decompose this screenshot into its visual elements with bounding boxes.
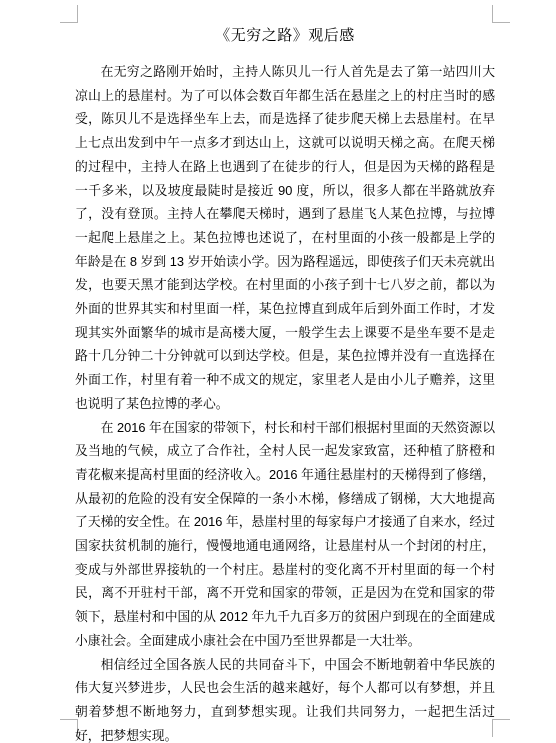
document-content: 《无穷之路》观后感 在无穷之路刚开始时，主持人陈贝儿一行人首先是去了第一站四川大… (75, 24, 495, 743)
document-title: 《无穷之路》观后感 (75, 24, 495, 48)
crop-mark-top-left (60, 5, 78, 23)
paragraph-2: 在 2016 年在国家的带领下，村长和村干部们根据村里面的天然资源以及当地的气候… (75, 416, 495, 653)
document-page: 《无穷之路》观后感 在无穷之路刚开始时，主持人陈贝儿一行人首先是去了第一站四川大… (0, 0, 556, 743)
paragraph-3: 相信经过全国各族人民的共同奋斗下，中国会不断地朝着中华民族的伟大复兴梦进步，人民… (75, 653, 495, 743)
paragraph-1: 在无穷之路刚开始时，主持人陈贝儿一行人首先是去了第一站四川大凉山上的悬崖村。为了… (75, 60, 495, 416)
crop-mark-top-right (492, 5, 510, 23)
